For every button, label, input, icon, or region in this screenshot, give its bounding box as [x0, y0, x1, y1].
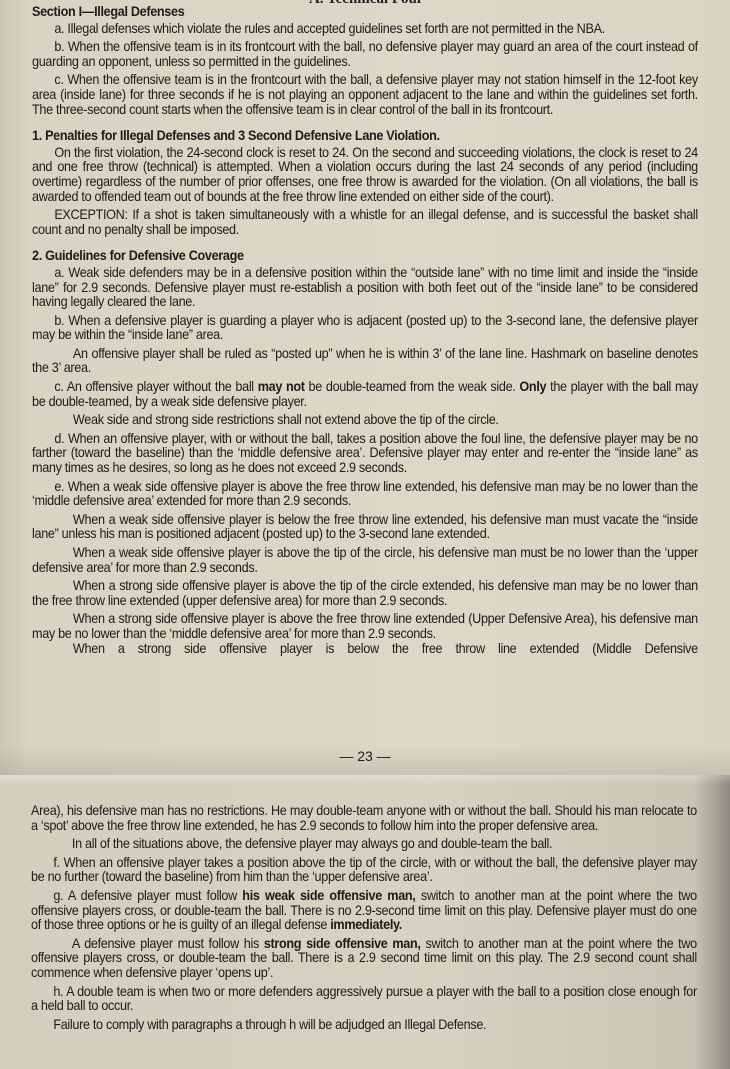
guideline-c-text: c. An offensive player without the ball — [54, 379, 257, 394]
guideline-g-text: g. A defensive player must follow — [53, 888, 242, 903]
exception-paragraph: EXCEPTION: If a shot is taken simultaneo… — [32, 208, 698, 237]
guideline-g-emphasis: immediately. — [330, 917, 402, 932]
guideline-e-note-2: When a weak side offensive player is abo… — [32, 546, 698, 575]
page-number: — 23 — — [0, 748, 730, 764]
guideline-e-note-4: When a strong side offensive player is a… — [32, 612, 698, 641]
upper-page-text: Section I—Illegal Defenses a. Illegal de… — [32, 5, 698, 660]
guideline-h: h. A double team is when two or more def… — [31, 985, 697, 1014]
guideline-e-note-5-continued: Area), his defensive man has no restrict… — [31, 804, 697, 833]
guideline-d: d. When an offensive player, with or wit… — [32, 432, 698, 476]
guideline-g-note-text: A defensive player must follow his — [72, 936, 264, 951]
guideline-e: e. When a weak side offensive player is … — [32, 480, 698, 509]
guideline-e-note-1: When a weak side offensive player is bel… — [32, 513, 698, 542]
guideline-e-note-5-start: When a strong side offensive player is b… — [32, 642, 698, 657]
lower-page: Area), his defensive man has no restrict… — [0, 775, 730, 1069]
guideline-g-emphasis: his weak side offensive man, — [242, 888, 415, 903]
guideline-b-note: An offensive player shall be ruled as “p… — [32, 347, 698, 376]
section-title: Section I—Illegal Defenses — [32, 5, 698, 20]
guideline-g: g. A defensive player must follow his we… — [31, 889, 697, 933]
guideline-g-note: A defensive player must follow his stron… — [31, 937, 697, 981]
guideline-c-note: Weak side and strong side restrictions s… — [32, 413, 698, 428]
lower-page-text: Area), his defensive man has no restrict… — [31, 804, 697, 1036]
guideline-f: f. When an offensive player takes a posi… — [31, 856, 697, 885]
section-paragraph-c: c. When the offensive team is in the fro… — [32, 73, 698, 117]
guideline-e-note-3: When a strong side offensive player is a… — [32, 579, 698, 608]
section-paragraph-b: b. When the offensive team is in its fro… — [32, 40, 698, 69]
guideline-c: c. An offensive player without the ball … — [32, 380, 698, 409]
upper-page: A. Technical Foul Section I—Illegal Defe… — [0, 0, 730, 775]
guideline-c-emphasis: Only — [519, 379, 546, 394]
guideline-c-text: be double-teamed from the weak side. — [305, 379, 520, 394]
guideline-e-note-6: In all of the situations above, the defe… — [31, 837, 697, 852]
penalties-heading: 1. Penalties for Illegal Defenses and 3 … — [32, 129, 698, 144]
guidelines-heading: 2. Guidelines for Defensive Coverage — [32, 249, 698, 264]
guideline-b: b. When a defensive player is guarding a… — [32, 314, 698, 343]
closing-statement: Failure to comply with paragraphs a thro… — [31, 1018, 697, 1033]
section-paragraph-a: a. Illegal defenses which violate the ru… — [32, 22, 698, 37]
guideline-g-note-emphasis: strong side offensive man, — [264, 936, 421, 951]
penalties-paragraph: On the first violation, the 24-second cl… — [32, 146, 698, 204]
guideline-c-emphasis: may not — [258, 379, 305, 394]
guideline-a: a. Weak side defenders may be in a defen… — [32, 266, 698, 310]
